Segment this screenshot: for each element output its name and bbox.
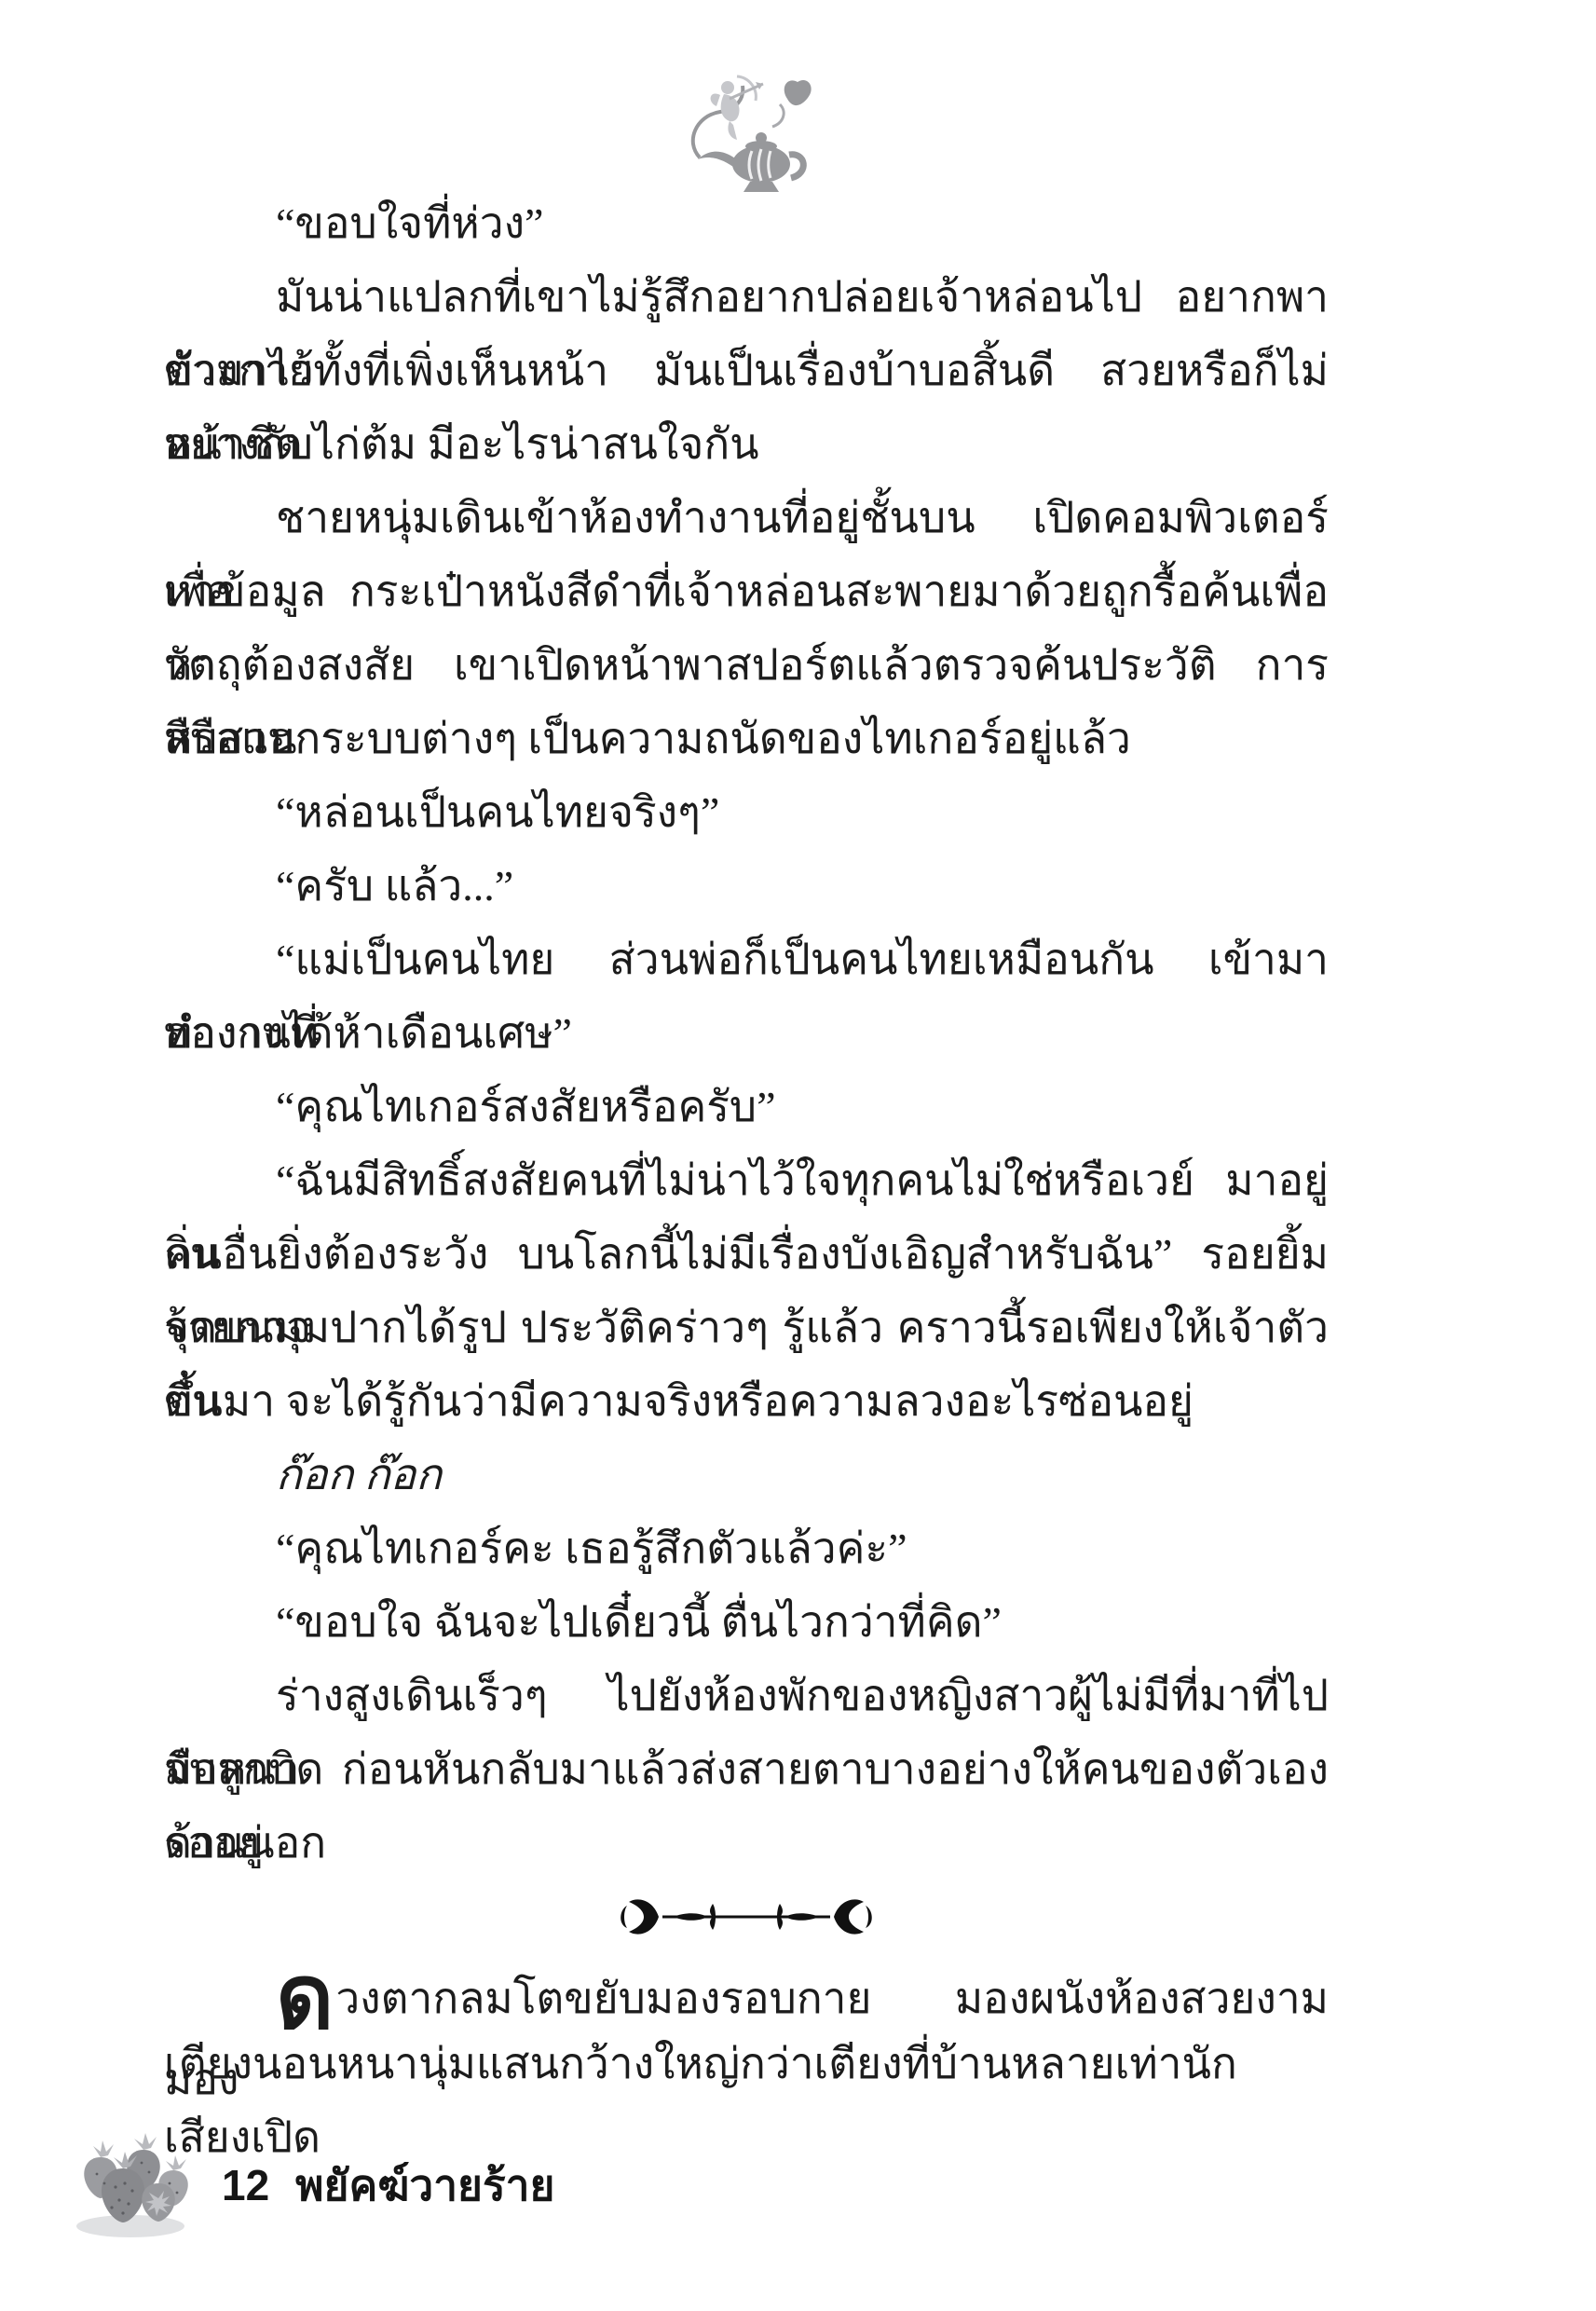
text-block: “ขอบใจที่ห่วง”มันน่าแปลกที่เขาไม่รู้สึกอ… bbox=[164, 186, 1329, 2100]
text-line-content: “หล่อนเป็นคนไทยจริงๆ” bbox=[276, 788, 719, 836]
text-line: คนอื่นยิ่งต้องระวัง บนโลกนี้ไม่มีเรื่องบ… bbox=[164, 1217, 1329, 1291]
text-line: ดวงตากลมโตขยับมองรอบกาย มองผนังห้องสวยงา… bbox=[164, 1953, 1329, 2027]
text-line-content: ด้านนอก bbox=[164, 1819, 326, 1867]
text-line: เตียงนอนหนานุ่มแสนกว้างใหญ่กว่าเตียงที่บ… bbox=[164, 2027, 1329, 2100]
text-line: จุดบนมุมปากได้รูป ประวัติคร่าวๆ รู้แล้ว … bbox=[164, 1291, 1329, 1364]
text-line: ขึ้นมา จะได้รู้กันว่ามีความจริงหรือความล… bbox=[164, 1364, 1329, 1438]
text-line: “หล่อนเป็นคนไทยจริงๆ” bbox=[164, 775, 1329, 849]
text-line: อย่างกับไก่ต้ม มีอะไรน่าสนใจกัน bbox=[164, 407, 1329, 481]
text-line: ชายหนุ่มเดินเข้าห้องทำงานที่อยู่ชั้นบน เ… bbox=[164, 481, 1329, 554]
page-number: 12 bbox=[222, 2160, 269, 2210]
text-line-content: “คุณไทเกอร์สงสัยหรือครับ” bbox=[276, 1083, 776, 1130]
text-line-content: อย่างกับไก่ต้ม มีอะไรน่าสนใจกัน bbox=[164, 420, 759, 468]
text-line-content: “ขอบใจ ฉันจะไปเดี๋ยวนี้ ตื่นไวกว่าที่คิด… bbox=[276, 1598, 1002, 1646]
text-line: จับลูกบิด ก่อนหันกลับมาแล้วส่งสายตาบางอย… bbox=[164, 1732, 1329, 1806]
book-title: พยัคฆ์วายร้าย bbox=[295, 2152, 554, 2220]
cupid-genie-lamp-icon bbox=[683, 67, 832, 198]
text-line-content: “ครับ แล้ว...” bbox=[276, 862, 513, 909]
paragraph-lines: “ขอบใจที่ห่วง”มันน่าแปลกที่เขาไม่รู้สึกอ… bbox=[164, 186, 1329, 1880]
page-footer: 12 พยัคฆ์วายร้าย bbox=[65, 2125, 904, 2246]
text-line: หาข้อมูล กระเป๋าหนังสีดำที่เจ้าหล่อนสะพา… bbox=[164, 554, 1329, 628]
text-line: “ขอบใจที่ห่วง” bbox=[164, 186, 1329, 260]
text-line: วัตถุต้องสงสัย เขาเปิดหน้าพาสปอร์ตแล้วตร… bbox=[164, 628, 1329, 702]
text-line: “ฉันมีสิทธิ์สงสัยคนที่ไม่น่าไว้ใจทุกคนไม… bbox=[164, 1143, 1329, 1217]
strawberries-icon bbox=[65, 2129, 196, 2241]
scene-divider bbox=[164, 1880, 1329, 1953]
footer-text: 12 พยัคฆ์วายร้าย bbox=[222, 2152, 554, 2220]
text-line-content: ขึ้นมา จะได้รู้กันว่ามีความจริงหรือความล… bbox=[164, 1377, 1194, 1425]
text-line: “แม่เป็นคนไทย ส่วนพ่อก็เป็นคนไทยเหมือนกั… bbox=[164, 923, 1329, 996]
text-line: หรือแฮกระบบต่างๆ เป็นความถนัดของไทเกอร์อ… bbox=[164, 702, 1329, 775]
text-line: ข้างกายทั้งที่เพิ่งเห็นหน้า มันเป็นเรื่อ… bbox=[164, 334, 1329, 407]
text-line: ฮ่องกงได้ห้าเดือนเศษ” bbox=[164, 996, 1329, 1070]
text-line: ด้านนอก bbox=[164, 1806, 1329, 1880]
text-line-content: หรือแฮกระบบต่างๆ เป็นความถนัดของไทเกอร์อ… bbox=[164, 715, 1131, 762]
text-line: “ครับ แล้ว...” bbox=[164, 849, 1329, 923]
text-line-content: “ขอบใจที่ห่วง” bbox=[276, 199, 543, 247]
text-line-content: ก๊อก ก๊อก bbox=[276, 1451, 442, 1498]
text-line: ก๊อก ก๊อก bbox=[164, 1438, 1329, 1511]
text-line: ร่างสูงเดินเร็วๆ ไปยังห้องพักของหญิงสาวผ… bbox=[164, 1659, 1329, 1732]
text-line: มันน่าแปลกที่เขาไม่รู้สึกอยากปล่อยเจ้าหล… bbox=[164, 260, 1329, 334]
text-line: “คุณไทเกอร์สงสัยหรือครับ” bbox=[164, 1070, 1329, 1143]
text-line-content: ฮ่องกงได้ห้าเดือนเศษ” bbox=[164, 1009, 572, 1057]
text-line-content: “คุณไทเกอร์คะ เธอรู้สึกตัวแล้วค่ะ” bbox=[276, 1525, 907, 1572]
paragraph-lines-after-break: ดวงตากลมโตขยับมองรอบกาย มองผนังห้องสวยงา… bbox=[164, 1953, 1329, 2100]
divider-ornament-icon bbox=[616, 1891, 877, 1943]
text-line: “คุณไทเกอร์คะ เธอรู้สึกตัวแล้วค่ะ” bbox=[164, 1511, 1329, 1585]
text-line: “ขอบใจ ฉันจะไปเดี๋ยวนี้ ตื่นไวกว่าที่คิด… bbox=[164, 1585, 1329, 1659]
book-page: “ขอบใจที่ห่วง”มันน่าแปลกที่เขาไม่รู้สึกอ… bbox=[0, 0, 1596, 2311]
